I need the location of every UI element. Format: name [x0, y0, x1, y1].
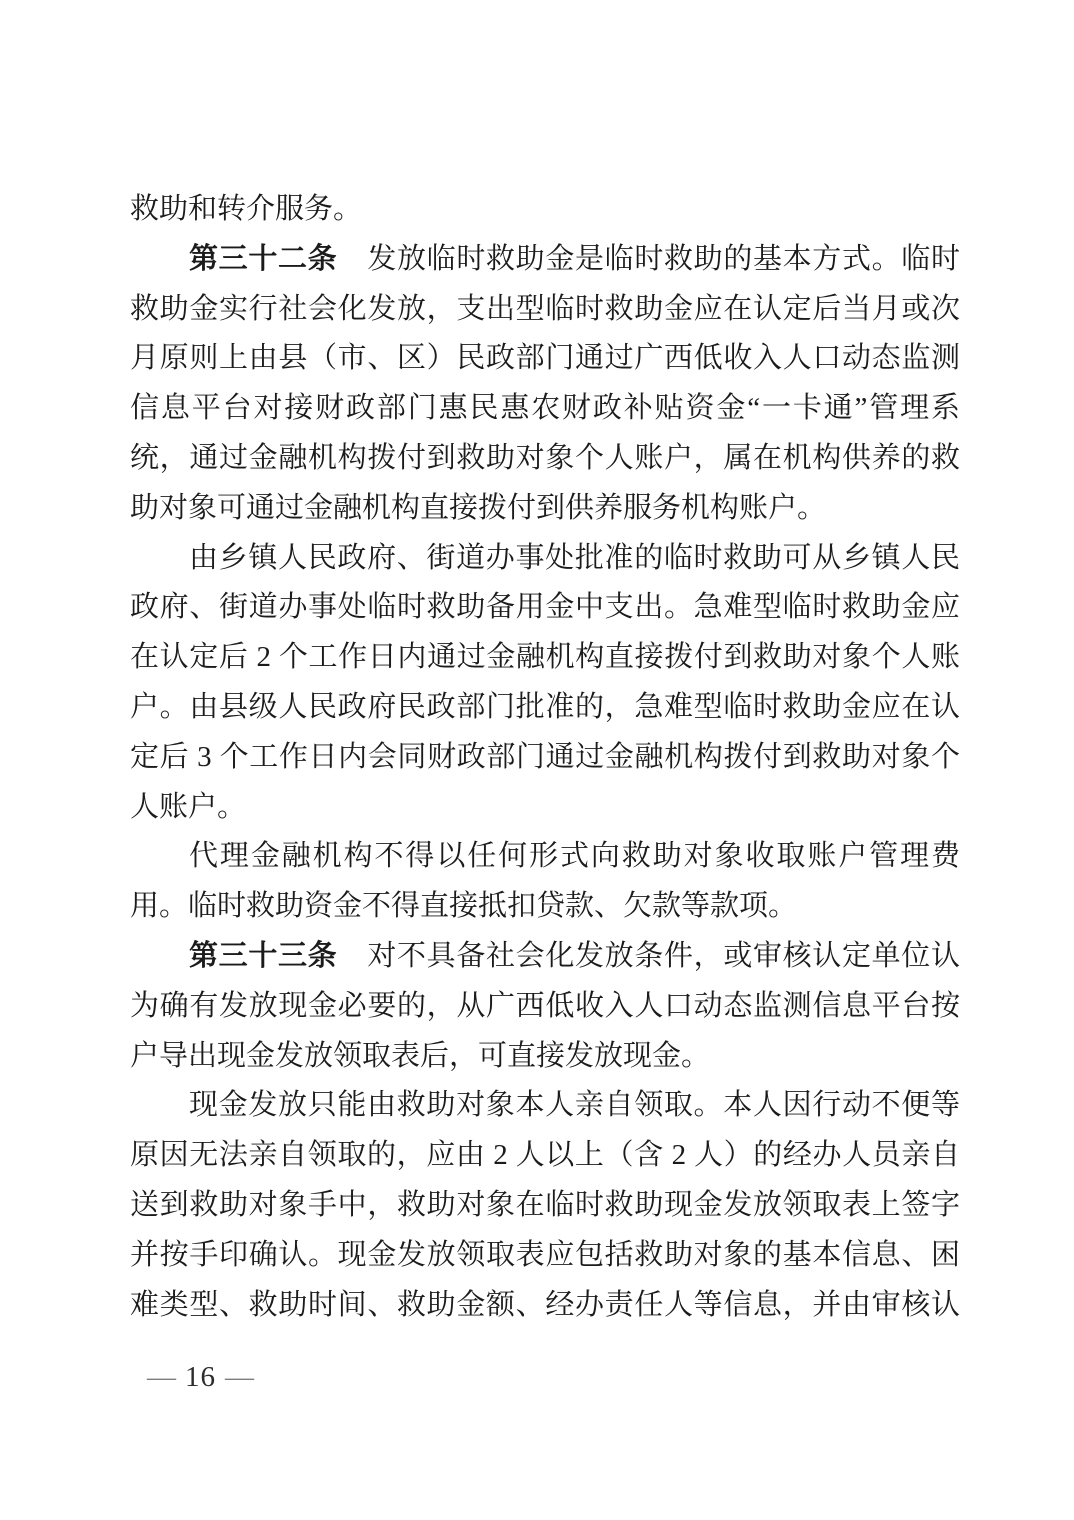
body-text: 对不具备社会化发放条件，或审核认定单位认: [367, 940, 960, 972]
body-line: 代理金融机构不得以任何形式向救助对象收取账户管理费: [130, 832, 960, 882]
body-line: 原因无法亲自领取的，应由 2 人以上（含 2 人）的经办人员亲自: [130, 1131, 960, 1181]
body-line: 现金发放只能由救助对象本人亲自领取。本人因行动不便等: [130, 1081, 960, 1131]
article-heading: 第三十二条: [189, 243, 337, 275]
footer-dash-left: —: [147, 1361, 176, 1393]
paragraph: 代理金融机构不得以任何形式向救助对象收取账户管理费 用。临时救助资金不得直接抵扣…: [130, 832, 960, 932]
body-line: 在认定后 2 个工作日内通过金融机构直接拨付到救助对象个人账: [130, 633, 960, 683]
body-line: 人账户。: [130, 783, 960, 833]
body-line: 统，通过金融机构拨付到救助对象个人账户，属在机构供养的救: [130, 434, 960, 484]
paragraph: 由乡镇人民政府、街道办事处批准的临时救助可从乡镇人民 政府、街道办事处临时救助备…: [130, 534, 960, 833]
body-line: 信息平台对接财政部门惠民惠农财政补贴资金“一卡通”管理系: [130, 384, 960, 434]
paragraph-article-32: 第三十二条发放临时救助金是临时救助的基本方式。临时 救助金实行社会化发放，支出型…: [130, 235, 960, 534]
body-line: 用。临时救助资金不得直接抵扣贷款、欠款等款项。: [130, 882, 960, 932]
body-line: 由乡镇人民政府、街道办事处批准的临时救助可从乡镇人民: [130, 534, 960, 584]
article-heading: 第三十三条: [189, 940, 337, 972]
page-footer: —16—: [147, 1360, 254, 1394]
body-line: 户导出现金发放领取表后，可直接发放现金。: [130, 1032, 960, 1082]
paragraph-article-33: 第三十三条对不具备社会化发放条件，或审核认定单位认 为确有发放现金必要的，从广西…: [130, 932, 960, 1081]
body-line: 救助金实行社会化发放，支出型临时救助金应在认定后当月或次: [130, 285, 960, 335]
body-line: 政府、街道办事处临时救助备用金中支出。急难型临时救助金应: [130, 583, 960, 633]
document-body: 救助和转介服务。 第三十二条发放临时救助金是临时救助的基本方式。临时 救助金实行…: [130, 185, 960, 1330]
body-text: 发放临时救助金是临时救助的基本方式。临时: [367, 243, 960, 275]
body-line: 救助和转介服务。: [130, 185, 960, 235]
paragraph: 现金发放只能由救助对象本人亲自领取。本人因行动不便等 原因无法亲自领取的，应由 …: [130, 1081, 960, 1330]
footer-page-number: 16: [185, 1361, 216, 1393]
body-line: 并按手印确认。现金发放领取表应包括救助对象的基本信息、困: [130, 1231, 960, 1281]
body-line: 助对象可通过金融机构直接拨付到供养服务机构账户。: [130, 484, 960, 534]
body-line: 难类型、救助时间、救助金额、经办责任人等信息，并由审核认: [130, 1281, 960, 1331]
body-line: 送到救助对象手中，救助对象在临时救助现金发放领取表上签字: [130, 1181, 960, 1231]
body-line: 为确有发放现金必要的，从广西低收入人口动态监测信息平台按: [130, 982, 960, 1032]
body-line: 第三十二条发放临时救助金是临时救助的基本方式。临时: [130, 235, 960, 285]
body-line: 月原则上由县（市、区）民政部门通过广西低收入人口动态监测: [130, 334, 960, 384]
footer-dash-right: —: [225, 1361, 254, 1393]
body-line: 第三十三条对不具备社会化发放条件，或审核认定单位认: [130, 932, 960, 982]
document-page: 救助和转介服务。 第三十二条发放临时救助金是临时救助的基本方式。临时 救助金实行…: [0, 0, 1074, 1520]
body-line: 定后 3 个工作日内会同财政部门通过金融机构拨付到救助对象个: [130, 733, 960, 783]
paragraph: 救助和转介服务。: [130, 185, 960, 235]
body-line: 户。由县级人民政府民政部门批准的，急难型临时救助金应在认: [130, 683, 960, 733]
